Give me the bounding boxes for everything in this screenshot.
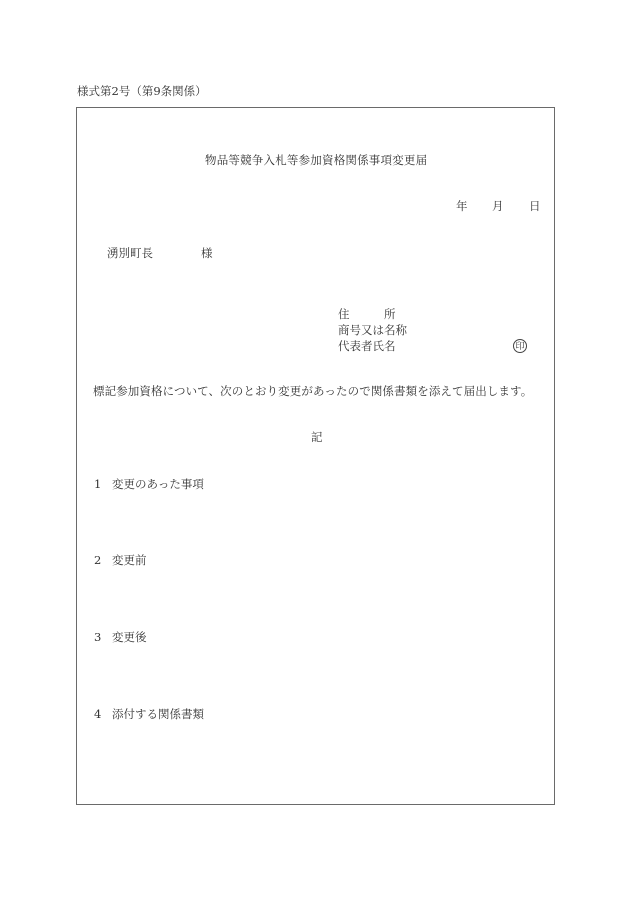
statement-text: 標記参加資格について、次のとおり変更があったので関係書類を添えて届出します。 [93,386,532,398]
date-day-label: 日 [529,201,541,213]
form-number: 様式第2号（第9条関係） [77,86,207,98]
item-number: 2 [94,555,112,567]
date-year-label: 年 [456,201,468,213]
address-label-part2: 所 [384,309,396,321]
item-number: 1 [94,479,112,491]
list-item: 1変更のあった事項 [94,479,204,491]
item-number: 3 [94,632,112,644]
ki-heading: 記 [311,432,323,444]
date-month-label: 月 [492,201,504,213]
item-label: 変更後 [112,630,147,644]
address-label-part1: 住 [338,309,350,321]
business-name-label: 商号又は名称 [338,325,407,337]
representative-label: 代表者氏名 [338,341,396,353]
item-label: 変更のあった事項 [112,477,204,491]
addressee-honorific: 様 [201,248,213,260]
item-label: 変更前 [112,553,147,567]
form-frame [76,107,555,805]
list-item: 2変更前 [94,555,147,567]
seal-icon: 印 [513,339,527,353]
document-title: 物品等競争入札等参加資格関係事項変更届 [205,155,427,167]
list-item: 3変更後 [94,632,147,644]
addressee-name: 湧別町長 [107,248,153,260]
item-number: 4 [94,709,112,721]
list-item: 4添付する関係書類 [94,709,204,721]
item-label: 添付する関係書類 [112,707,204,721]
